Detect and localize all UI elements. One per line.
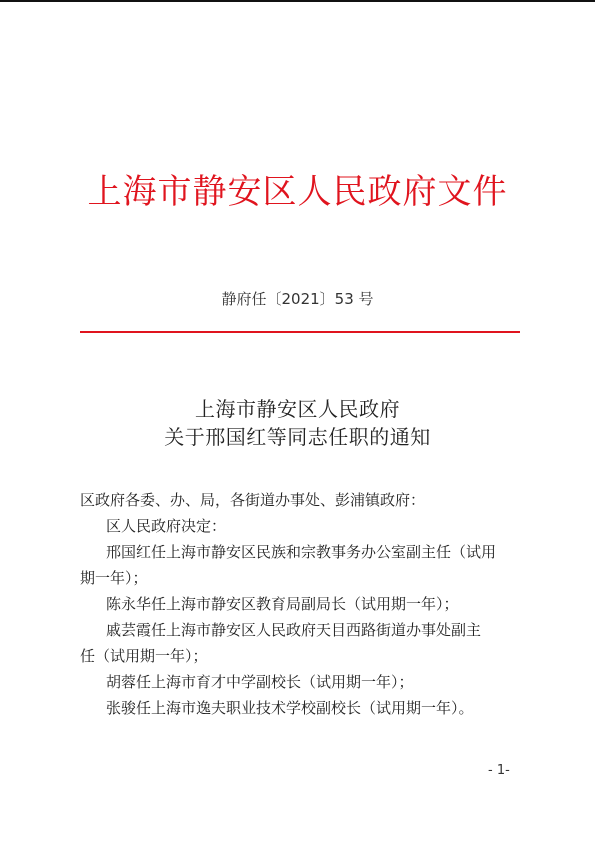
salutation: 区政府各委、办、局，各街道办事处、彭浦镇政府： [80,487,520,513]
red-divider-rule [80,331,520,333]
document-number: 静府任〔2021〕53 号 [0,289,595,309]
appointment-xing-guohong: 邢国红任上海市静安区民族和宗教事务办公室副主任（试用 [80,539,520,565]
body-paragraph-decision: 区人民政府决定： [80,513,520,539]
appointment-chen-yonghua: 陈永华任上海市静安区教育局副局长（试用期一年）； [80,591,520,617]
appointment-qi-yunxia-cont: 任（试用期一年）； [80,643,520,669]
document-header: 上海市静安区人民政府文件 [0,168,595,216]
page-top-border [0,0,595,2]
appointment-qi-yunxia: 戚芸霞任上海市静安区人民政府天目西路街道办事处副主 [80,617,520,643]
appointment-zhang-jun: 张骏任上海市逸夫职业技术学校副校长（试用期一年）。 [80,695,520,721]
title-line-2: 关于邢国红等同志任职的通知 [0,423,595,451]
document-body: 区政府各委、办、局，各街道办事处、彭浦镇政府： 区人民政府决定： 邢国红任上海市… [80,487,520,721]
appointment-hu-rong: 胡蓉任上海市育才中学副校长（试用期一年）； [80,669,520,695]
title-line-1: 上海市静安区人民政府 [0,395,595,423]
appointment-xing-guohong-cont: 期一年）； [80,565,520,591]
document-title: 上海市静安区人民政府 关于邢国红等同志任职的通知 [0,395,595,451]
page-number: - 1- [488,762,510,780]
